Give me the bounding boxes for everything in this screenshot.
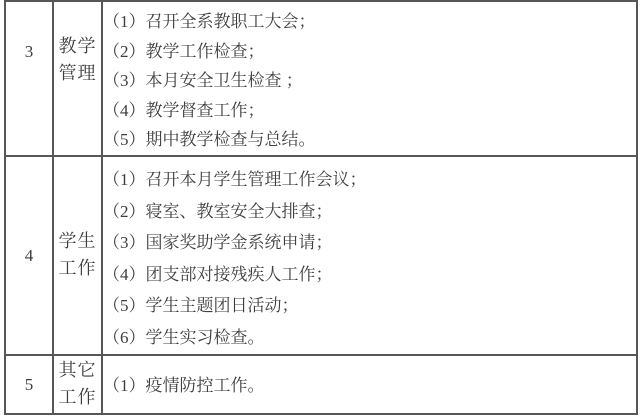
category-line: 工作: [54, 255, 101, 282]
category-line: 学生: [54, 228, 101, 255]
task-item: （1）召开全系教职工大会；: [103, 7, 636, 37]
tasks-cell: （1）疫情防控工作。: [102, 355, 637, 414]
task-item: （2）教学工作检查；: [103, 37, 636, 67]
row-number: 5: [25, 375, 34, 394]
task-item: （4）团支部对接残疾人工作；: [103, 259, 636, 291]
category-line: 管理: [54, 60, 101, 87]
task-item: （3）国家奖助学金系统申请；: [103, 227, 636, 259]
category-line: 教学: [54, 33, 101, 60]
task-item: （5）学生主题团日活动；: [103, 290, 636, 322]
category-line: 其它: [54, 357, 101, 384]
category-cell: 学生 工作: [53, 156, 102, 355]
task-item: （6）学生实习检查。: [103, 322, 636, 354]
task-item: （1）召开本月学生管理工作会议；: [103, 164, 636, 196]
row-number: 3: [25, 42, 34, 61]
task-item: （2）寝室、教室安全大排查；: [103, 196, 636, 228]
row-number-cell: 4: [5, 156, 53, 355]
table-row: 3 教学 管理 （1）召开全系教职工大会； （2）教学工作检查； （3）本月安全…: [5, 1, 637, 156]
row-number-cell: 3: [5, 1, 53, 156]
category-cell: 教学 管理: [53, 1, 102, 156]
table-row: 5 其它 工作 （1）疫情防控工作。: [5, 355, 637, 414]
task-item: （1）疫情防控工作。: [103, 371, 636, 401]
document-page: 3 教学 管理 （1）召开全系教职工大会； （2）教学工作检查； （3）本月安全…: [0, 0, 640, 417]
category-line: 工作: [54, 384, 101, 411]
row-number: 4: [25, 246, 34, 265]
task-item: （3）本月安全卫生检查 ；: [103, 66, 636, 96]
task-item: （5）期中教学检查与总结。: [103, 125, 636, 155]
monthly-work-plan-table: 3 教学 管理 （1）召开全系教职工大会； （2）教学工作检查； （3）本月安全…: [4, 0, 638, 415]
task-item: （4）教学督查工作；: [103, 96, 636, 126]
tasks-cell: （1）召开全系教职工大会； （2）教学工作检查； （3）本月安全卫生检查 ； （…: [102, 1, 637, 156]
category-cell: 其它 工作: [53, 355, 102, 414]
tasks-cell: （1）召开本月学生管理工作会议； （2）寝室、教室安全大排查； （3）国家奖助学…: [102, 156, 637, 355]
row-number-cell: 5: [5, 355, 53, 414]
table-row: 4 学生 工作 （1）召开本月学生管理工作会议； （2）寝室、教室安全大排查； …: [5, 156, 637, 355]
